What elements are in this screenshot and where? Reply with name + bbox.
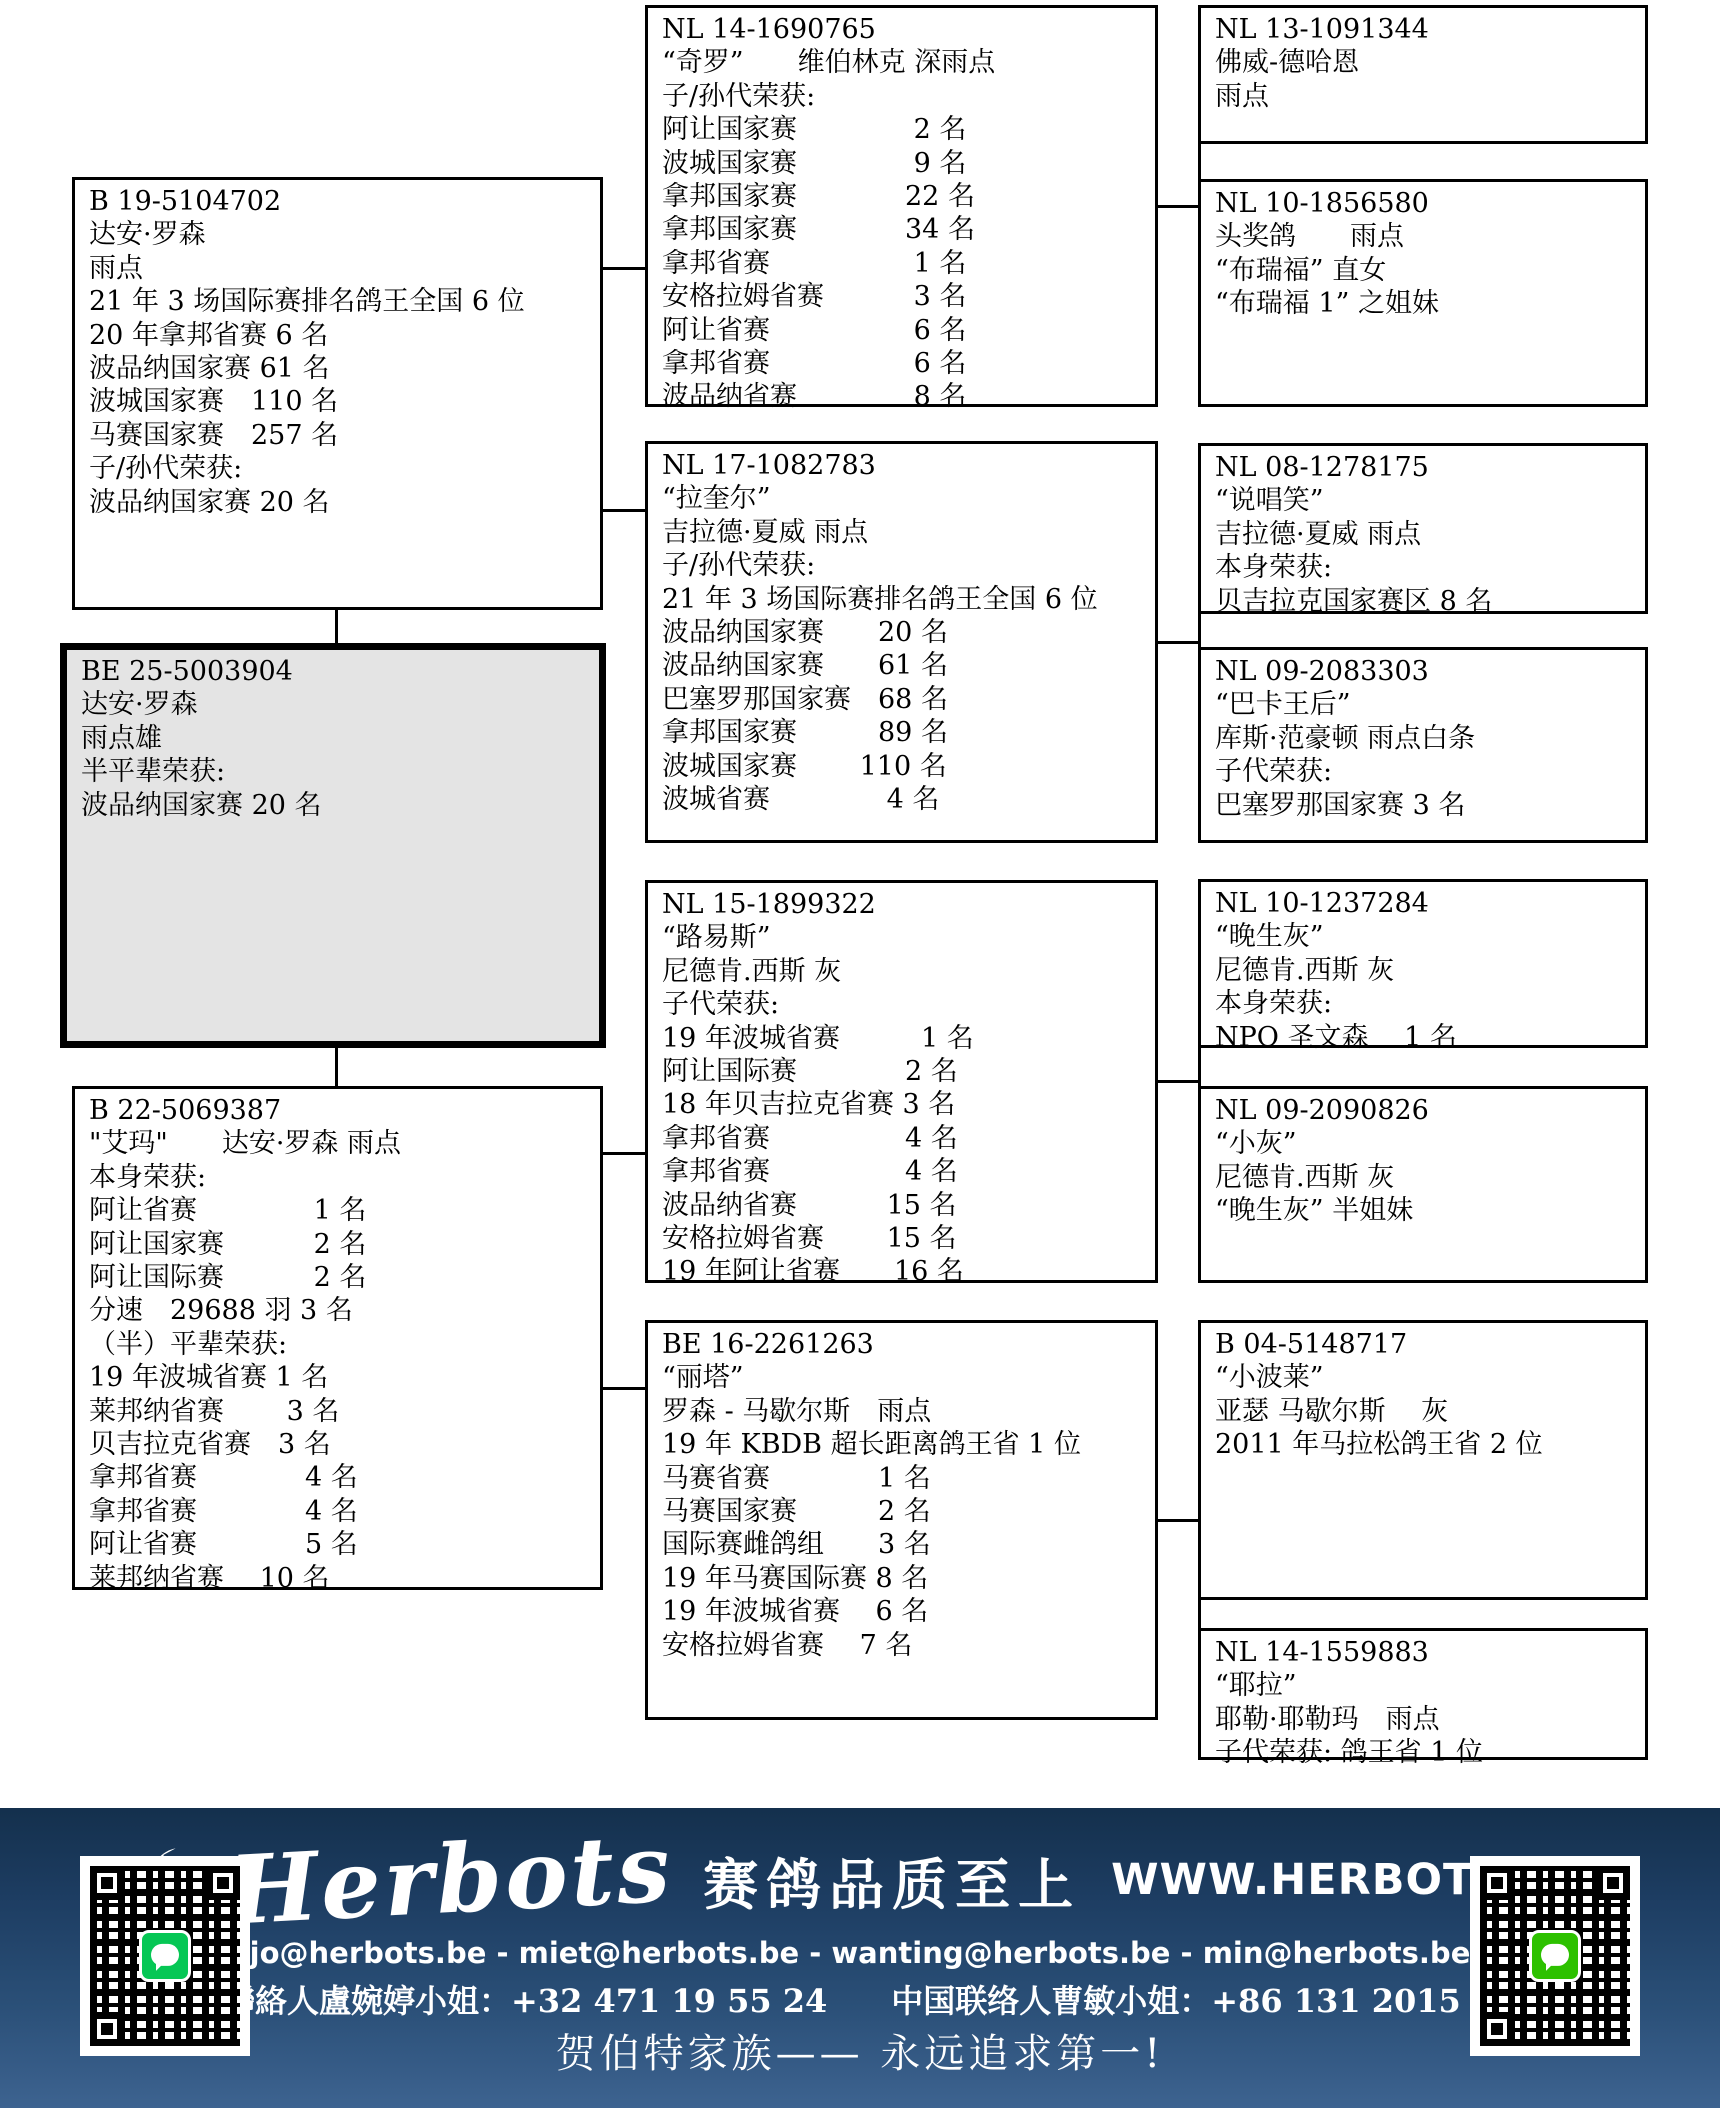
pedigree-text-line: 拿邦国家赛 22 名 <box>662 180 1143 213</box>
pedigree-text-line: 安格拉姆省赛 3 名 <box>662 280 1143 313</box>
pedigree-text-line: “布瑞福” 直女 <box>1215 254 1633 287</box>
connector-line <box>1198 1600 1201 1631</box>
pedigree-text-line: 库斯·范豪顿 雨点白条 <box>1215 722 1633 755</box>
pedigree-text-line: 波品纳国家赛 20 名 <box>89 486 588 519</box>
pedigree-text-line: 尼德肯.西斯 灰 <box>662 955 1143 988</box>
pedigree-text-line: 18 年贝吉拉克省赛 3 名 <box>662 1088 1143 1121</box>
pedigree-text-line: BE 16-2261263 <box>662 1328 1143 1361</box>
pedigree-box-sire-b19-5104702: B 19-5104702达安·罗森雨点21 年 3 场国际赛排名鸽王全国 6 位… <box>72 177 603 610</box>
pedigree-text-line: “耶拉” <box>1215 1669 1633 1702</box>
connector-line <box>1156 1519 1200 1522</box>
pedigree-text-line: 分速 29688 羽 3 名 <box>89 1294 588 1327</box>
qr-code-line <box>80 1856 250 2056</box>
pedigree-text-line: “小波莱” <box>1215 1361 1633 1394</box>
pedigree-box-nl09-2090826: NL 09-2090826“小灰”尼德肯.西斯 灰“晚生灰” 半姐妹 <box>1198 1086 1648 1283</box>
connector-line <box>1156 1080 1200 1083</box>
pedigree-text-line: 半平辈荣获: <box>81 755 587 788</box>
pedigree-text-line: 本身荣获: <box>1215 987 1633 1020</box>
pedigree-text-line: 波品纳国家赛 20 名 <box>662 616 1143 649</box>
pedigree-text-line: 子代荣获: 鸽王省 1 位 <box>1215 1736 1633 1769</box>
pedigree-text-line: 子/孙代荣获: <box>662 80 1143 113</box>
pedigree-text-line: 19 年马赛国际赛 8 名 <box>662 1562 1143 1595</box>
connector-line <box>1198 1048 1201 1089</box>
connector-line <box>335 1048 338 1089</box>
connector-line <box>1198 144 1201 182</box>
connector-line <box>335 610 338 646</box>
pedigree-text-line: B 19-5104702 <box>89 185 588 218</box>
pedigree-text-line: B 22-5069387 <box>89 1094 588 1127</box>
pedigree-text-line: 安格拉姆省赛 15 名 <box>662 1222 1143 1255</box>
pedigree-text-line: 19 年阿让省赛 16 名 <box>662 1255 1143 1288</box>
chat-bubble-icon <box>151 1944 179 1966</box>
pedigree-text-line: NL 09-2090826 <box>1215 1094 1633 1127</box>
pedigree-text-line: 拿邦国家赛 34 名 <box>662 213 1143 246</box>
pedigree-box-nl14-1559883: NL 14-1559883“耶拉”耶勒·耶勒玛 雨点子代荣获: 鸽王省 1 位 <box>1198 1628 1648 1760</box>
pedigree-text-line: B 04-5148717 <box>1215 1328 1633 1361</box>
pedigree-text-line: “晚生灰” 半姐妹 <box>1215 1194 1633 1227</box>
pedigree-box-nl13-1091344: NL 13-1091344佛威-德哈恩雨点 <box>1198 5 1648 144</box>
qr-finder <box>206 1866 240 1900</box>
pedigree-text-line: NL 08-1278175 <box>1215 451 1633 484</box>
pedigree-text-line: 波城国家赛 110 名 <box>662 750 1143 783</box>
pedigree-text-line: 雨点雄 <box>81 722 587 755</box>
pedigree-text-line: 波品纳国家赛 61 名 <box>662 649 1143 682</box>
pedigree-box-be16-2261263: BE 16-2261263“丽塔”罗森 - 马歇尔斯 雨点19 年 KBDB 超… <box>645 1320 1158 1720</box>
wechat-icon <box>1529 1930 1581 1982</box>
pedigree-text-line: “拉奎尔” <box>662 482 1143 515</box>
qr-finder <box>90 2012 124 2046</box>
pedigree-text-line: 拿邦省赛 1 名 <box>662 247 1143 280</box>
pedigree-text-line: 贝吉拉克省赛 3 名 <box>89 1428 588 1461</box>
pedigree-text-line: 拿邦省赛 6 名 <box>662 347 1143 380</box>
pedigree-text-line: 波城国家赛 110 名 <box>89 385 588 418</box>
pedigree-text-line: 波品纳国家赛 61 名 <box>89 352 588 385</box>
pedigree-text-line: 达安·罗森 <box>81 688 587 721</box>
qr-finder <box>1596 1866 1630 1900</box>
connector-line <box>601 509 647 512</box>
pedigree-text-line: 安格拉姆省赛 7 名 <box>662 1629 1143 1662</box>
pedigree-text-line: 19 年 KBDB 超长距离鸽王省 1 位 <box>662 1428 1143 1461</box>
pedigree-box-nl09-2083303: NL 09-2083303“巴卡王后”库斯·范豪顿 雨点白条子代荣获:巴塞罗那国… <box>1198 647 1648 843</box>
pedigree-text-line: 子/孙代荣获: <box>89 452 588 485</box>
pedigree-box-nl15-1899322: NL 15-1899322“路易斯”尼德肯.西斯 灰子代荣获:19 年波城省赛 … <box>645 880 1158 1283</box>
pedigree-text-line: 尼德肯.西斯 灰 <box>1215 1161 1633 1194</box>
pedigree-box-b04-5148717: B 04-5148717“小波莱”亚瑟 马歇尔斯 灰2011 年马拉松鸽王省 2… <box>1198 1320 1648 1600</box>
line-icon <box>139 1930 191 1982</box>
pedigree-text-line: NL 10-1237284 <box>1215 887 1633 920</box>
pedigree-text-line: NL 15-1899322 <box>662 888 1143 921</box>
pedigree-text-line: 波品纳省赛 8 名 <box>662 380 1143 413</box>
pedigree-text-line: 头奖鸽 雨点 <box>1215 220 1633 253</box>
pedigree-box-nl08-1278175: NL 08-1278175“说唱笑”吉拉德·夏威 雨点本身荣获:贝吉拉克国家赛区… <box>1198 443 1648 614</box>
qr-finder <box>1480 1866 1514 1900</box>
pedigree-text-line: “布瑞福 1” 之姐妹 <box>1215 287 1633 320</box>
pedigree-text-line: 20 年拿邦省赛 6 名 <box>89 319 588 352</box>
pedigree-chart: B 19-5104702达安·罗森雨点21 年 3 场国际赛排名鸽王全国 6 位… <box>0 0 1720 2108</box>
pedigree-text-line: 佛威-德哈恩 <box>1215 46 1633 79</box>
pedigree-text-line: 本身荣获: <box>1215 551 1633 584</box>
connector-line <box>1198 614 1201 650</box>
pedigree-text-line: NL 14-1690765 <box>662 13 1143 46</box>
pedigree-text-line: 阿让国家赛 2 名 <box>662 113 1143 146</box>
pedigree-text-line: 阿让省赛 1 名 <box>89 1194 588 1227</box>
pedigree-box-nl17-1082783: NL 17-1082783“拉奎尔”吉拉德·夏威 雨点子/孙代荣获:21 年 3… <box>645 441 1158 843</box>
pedigree-text-line: “晚生灰” <box>1215 920 1633 953</box>
pedigree-text-line: NL 13-1091344 <box>1215 13 1633 46</box>
pedigree-text-line: 19 年波城省赛 1 名 <box>662 1022 1143 1055</box>
pedigree-text-line: 波城省赛 4 名 <box>662 783 1143 816</box>
pedigree-text-line: 本身荣获: <box>89 1161 588 1194</box>
herbots-logo: Herbots <box>227 1818 676 1941</box>
chat-bubble-icon <box>1541 1944 1569 1966</box>
pedigree-text-line: 波品纳省赛 15 名 <box>662 1189 1143 1222</box>
pedigree-text-line: “丽塔” <box>662 1361 1143 1394</box>
pedigree-text-line: 尼德肯.西斯 灰 <box>1215 954 1633 987</box>
pedigree-text-line: 莱邦纳省赛 3 名 <box>89 1395 588 1428</box>
pedigree-text-line: 21 年 3 场国际赛排名鸽王全国 6 位 <box>89 285 588 318</box>
pedigree-text-line: 吉拉德·夏威 雨点 <box>1215 518 1633 551</box>
contact-row: 台灣聯絡人盧婉婷小姐：+32 471 19 55 24 中国联络人曹敏小姐：+8… <box>0 1976 1720 2022</box>
pedigree-text-line: 莱邦纳省赛 10 名 <box>89 1562 588 1595</box>
pedigree-text-line: 国际赛雌鸽组 3 名 <box>662 1528 1143 1561</box>
pedigree-text-line: 拿邦国家赛 89 名 <box>662 716 1143 749</box>
pedigree-text-line: 雨点 <box>89 252 588 285</box>
qr-finder <box>90 1866 124 1900</box>
pedigree-text-line: NL 17-1082783 <box>662 449 1143 482</box>
pedigree-text-line: “小灰” <box>1215 1127 1633 1160</box>
connector-line <box>1156 205 1200 208</box>
pedigree-text-line: 马赛国家赛 2 名 <box>662 1495 1143 1528</box>
contact-china: 中国联络人曹敏小姐：+86 131 2015 0755 <box>891 1976 1561 2022</box>
contact-taiwan: 台灣聯絡人盧婉婷小姐：+32 471 19 55 24 <box>159 1976 827 2022</box>
pedigree-box-nl10-1856580: NL 10-1856580头奖鸽 雨点“布瑞福” 直女“布瑞福 1” 之姐妹 <box>1198 179 1648 407</box>
pedigree-text-line: 亚瑟 马歇尔斯 灰 <box>1215 1395 1633 1428</box>
pedigree-text-line: 19 年波城省赛 1 名 <box>89 1361 588 1394</box>
pedigree-text-line: “奇罗” 维伯林克 深雨点 <box>662 46 1143 79</box>
pedigree-text-line: 阿让国际赛 2 名 <box>662 1055 1143 1088</box>
pedigree-text-line: NPO 圣文森 1 名 <box>1215 1021 1633 1054</box>
pedigree-text-line: 罗森 - 马歇尔斯 雨点 <box>662 1395 1143 1428</box>
pedigree-box-subject-be25-5003904: BE 25-5003904达安·罗森雨点雄半平辈荣获:波品纳国家赛 20 名 <box>60 643 606 1048</box>
connector-line <box>601 267 647 270</box>
pedigree-text-line: 巴塞罗那国家赛 68 名 <box>662 683 1143 716</box>
pedigree-text-line: NL 10-1856580 <box>1215 187 1633 220</box>
pedigree-text-line: 巴塞罗那国家赛 3 名 <box>1215 789 1633 822</box>
pedigree-text-line: 马赛省赛 1 名 <box>662 1462 1143 1495</box>
footer-banner: Herbots 赛鸽品质至上 WWW.HERBOTS.BE jo@herbots… <box>0 1808 1720 2108</box>
pedigree-text-line: 耶勒·耶勒玛 雨点 <box>1215 1703 1633 1736</box>
pedigree-text-line: 波品纳国家赛 20 名 <box>81 789 587 822</box>
pedigree-text-line: 阿让省赛 5 名 <box>89 1528 588 1561</box>
footer-slogan: 贺伯特家族—— 永远追求第一! <box>0 2022 1720 2079</box>
pedigree-box-nl14-1690765: NL 14-1690765“奇罗” 维伯林克 深雨点子/孙代荣获:阿让国家赛 2… <box>645 5 1158 407</box>
pedigree-text-line: 子代荣获: <box>662 988 1143 1021</box>
qr-finder <box>1480 2012 1514 2046</box>
pedigree-text-line: 吉拉德·夏威 雨点 <box>662 516 1143 549</box>
connector-line <box>1156 641 1200 644</box>
connector-line <box>601 1152 647 1155</box>
pedigree-text-line: （半）平辈荣获: <box>89 1328 588 1361</box>
pedigree-text-line: 马赛国家赛 257 名 <box>89 419 588 452</box>
pedigree-text-line: 2011 年马拉松鸽王省 2 位 <box>1215 1428 1633 1461</box>
brand-tagline: 赛鸽品质至上 <box>703 1841 1081 1920</box>
pedigree-text-line: “路易斯” <box>662 921 1143 954</box>
pedigree-text-line: "艾玛" 达安·罗森 雨点 <box>89 1127 588 1160</box>
pedigree-text-line: 雨点 <box>1215 80 1633 113</box>
pedigree-text-line: 阿让国家赛 2 名 <box>89 1228 588 1261</box>
pedigree-box-nl10-1237284: NL 10-1237284“晚生灰”尼德肯.西斯 灰本身荣获:NPO 圣文森 1… <box>1198 879 1648 1048</box>
pedigree-text-line: NL 14-1559883 <box>1215 1636 1633 1669</box>
pedigree-text-line: 阿让省赛 6 名 <box>662 314 1143 347</box>
qr-code-wechat <box>1470 1856 1640 2056</box>
pedigree-text-line: 子代荣获: <box>1215 755 1633 788</box>
pedigree-text-line: BE 25-5003904 <box>81 655 587 688</box>
pedigree-text-line: NL 09-2083303 <box>1215 655 1633 688</box>
pedigree-text-line: 拿邦省赛 4 名 <box>662 1122 1143 1155</box>
pedigree-box-dam-b22-5069387: B 22-5069387"艾玛" 达安·罗森 雨点本身荣获:阿让省赛 1 名阿让… <box>72 1086 603 1590</box>
pedigree-text-line: 拿邦省赛 4 名 <box>89 1461 588 1494</box>
pedigree-text-line: 拿邦省赛 4 名 <box>662 1155 1143 1188</box>
connector-line <box>601 1387 647 1390</box>
pedigree-text-line: 子/孙代荣获: <box>662 549 1143 582</box>
brand-row: Herbots 赛鸽品质至上 WWW.HERBOTS.BE <box>0 1830 1720 1930</box>
pedigree-text-line: 阿让国际赛 2 名 <box>89 1261 588 1294</box>
pedigree-text-line: 波城国家赛 9 名 <box>662 147 1143 180</box>
pedigree-text-line: 贝吉拉克国家赛区 8 名 <box>1215 585 1633 618</box>
email-list: jo@herbots.be - miet@herbots.be - wantin… <box>0 1936 1720 1970</box>
pedigree-text-line: 21 年 3 场国际赛排名鸽王全国 6 位 <box>662 583 1143 616</box>
pedigree-text-line: 19 年波城省赛 6 名 <box>662 1595 1143 1628</box>
pedigree-text-line: “巴卡王后” <box>1215 688 1633 721</box>
pedigree-text-line: 达安·罗森 <box>89 218 588 251</box>
pedigree-text-line: “说唱笑” <box>1215 484 1633 517</box>
pedigree-text-line: 拿邦省赛 4 名 <box>89 1495 588 1528</box>
